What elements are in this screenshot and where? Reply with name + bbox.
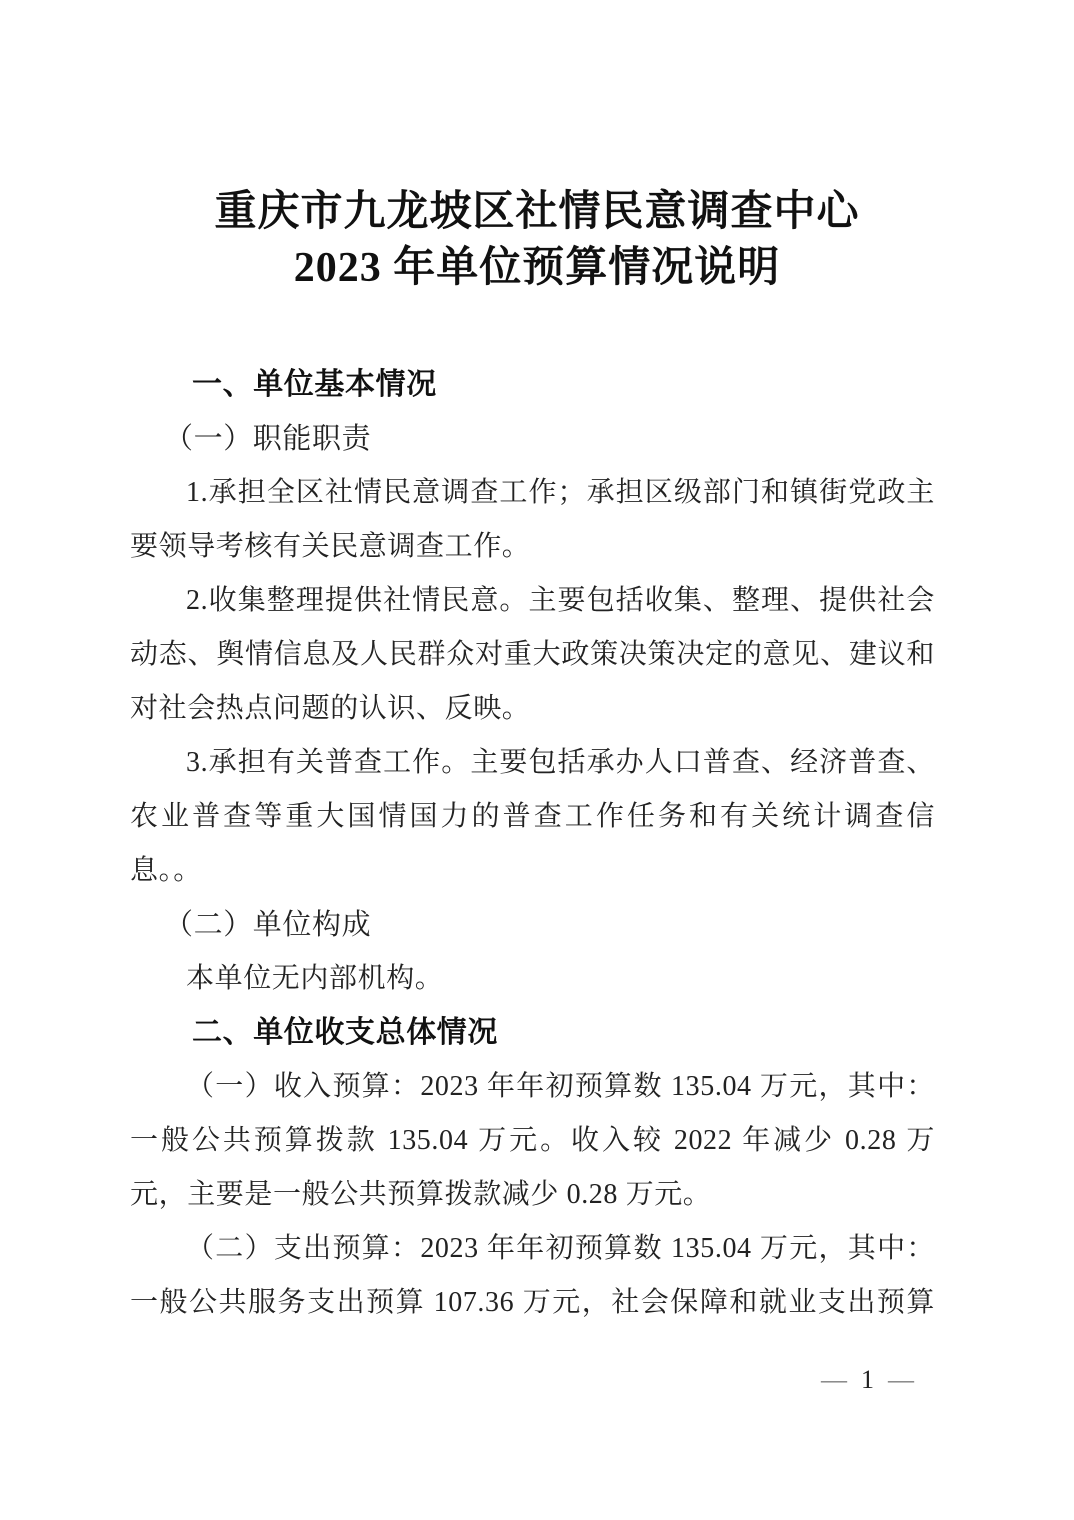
footer-dash-right: — — [888, 1365, 914, 1394]
document-body: 一、单位基本情况 （一）职能职责 1.承担全区社情民意调查工作；承担区级部门和镇… — [130, 358, 935, 1330]
paragraph-expenditure-budget: （二）支出预算：2023 年年初预算数 135.04 万元，其中：一般公共服务支… — [130, 1222, 935, 1330]
subsection-heading-unit-structure: （二）单位构成 — [130, 898, 935, 952]
subsection-heading-duties: （一）职能职责 — [130, 412, 935, 466]
page-number: 1 — [861, 1365, 874, 1394]
footer-dash-left: — — [821, 1365, 847, 1394]
paragraph-duty-3: 3.承担有关普查工作。主要包括承办人口普查、经济普查、农业普查等重大国情国力的普… — [130, 736, 935, 898]
document-title: 重庆市九龙坡区社情民意调查中心 2023 年单位预算情况说明 — [0, 184, 1074, 296]
document-title-line-1: 重庆市九龙坡区社情民意调查中心 — [0, 184, 1074, 240]
section-heading-basic-info: 一、单位基本情况 — [130, 358, 935, 412]
paragraph-duty-1: 1.承担全区社情民意调查工作；承担区级部门和镇街党政主要领导考核有关民意调查工作… — [130, 466, 935, 574]
page-footer: —1— — [821, 1363, 914, 1397]
document-title-line-2: 2023 年单位预算情况说明 — [0, 240, 1074, 296]
paragraph-unit-structure: 本单位无内部机构。 — [130, 952, 935, 1006]
paragraph-income-budget: （一）收入预算：2023 年年初预算数 135.04 万元，其中：一般公共预算拨… — [130, 1060, 935, 1222]
section-heading-budget-overview: 二、单位收支总体情况 — [130, 1006, 935, 1060]
document-page: 重庆市九龙坡区社情民意调查中心 2023 年单位预算情况说明 一、单位基本情况 … — [0, 0, 1074, 1520]
paragraph-duty-2: 2.收集整理提供社情民意。主要包括收集、整理、提供社会动态、舆情信息及人民群众对… — [130, 574, 935, 736]
